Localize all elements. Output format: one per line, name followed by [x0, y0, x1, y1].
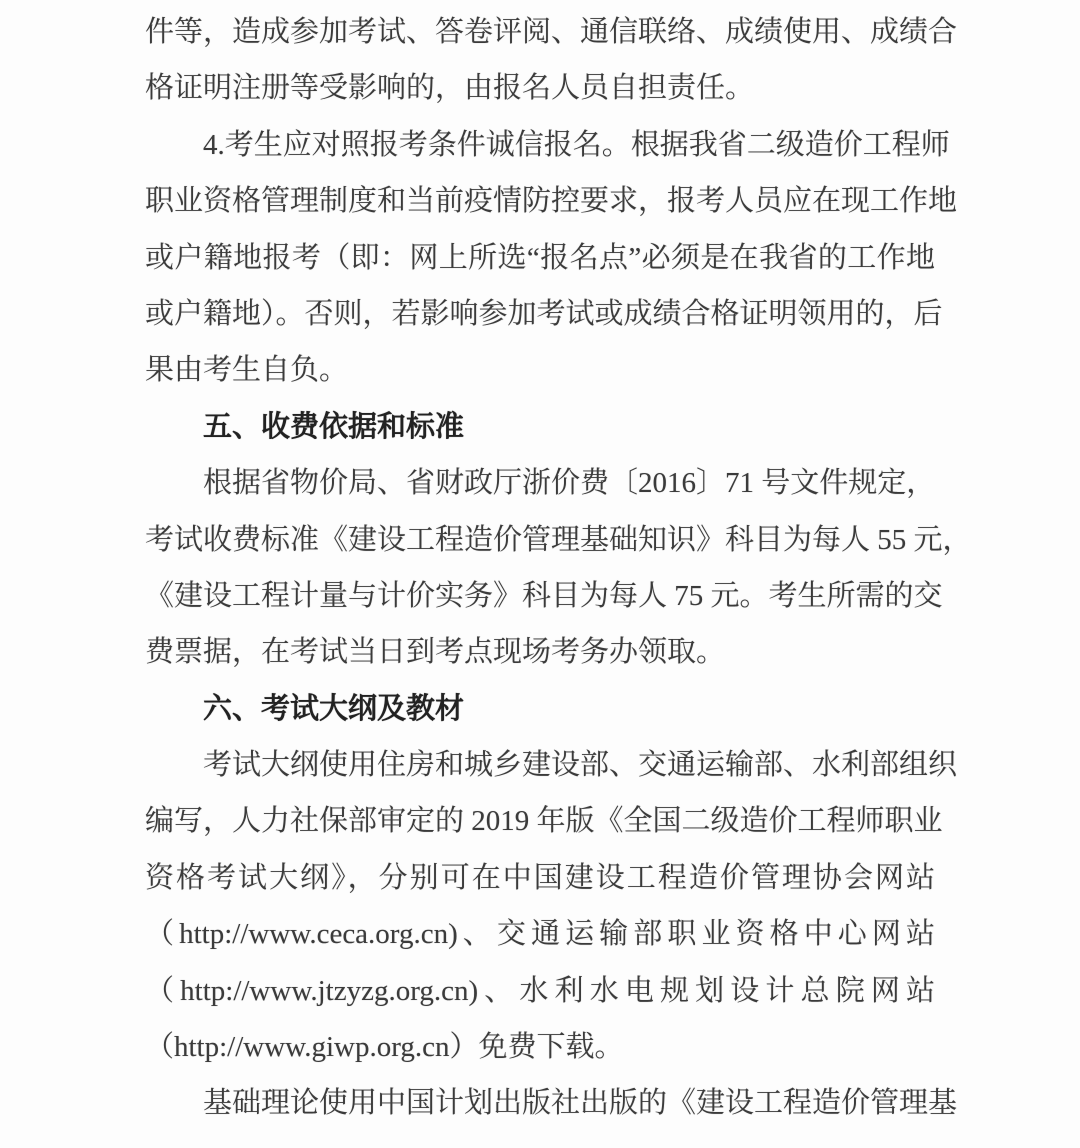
text-line: 基础理论使用中国计划出版社出版的《建设工程造价管理基 — [145, 1075, 935, 1131]
text-line: 考试大纲使用住房和城乡建设部、交通运输部、水利部组织 — [145, 737, 935, 793]
section-heading: 五、收费依据和标准 — [145, 399, 935, 455]
text-line: 果由考生自负。 — [145, 342, 935, 398]
text-line: 4.考生应对照报考条件诚信报名。根据我省二级造价工程师 — [145, 117, 935, 173]
text-line: 件等，造成参加考试、答卷评阅、通信联络、成绩使用、成绩合 — [145, 4, 935, 60]
text-line: 资格考试大纲》，分别可在中国建设工程造价管理协会网站 — [145, 850, 935, 906]
document-page: 件等，造成参加考试、答卷评阅、通信联络、成绩使用、成绩合格证明注册等受影响的，由… — [0, 0, 1080, 1148]
text-line: 或户籍地报考（即：网上所选“报名点”必须是在我省的工作地 — [145, 230, 935, 286]
text-line: 根据省物价局、省财政厅浙价费〔2016〕71 号文件规定， — [145, 455, 935, 511]
text-line: 或户籍地）。否则，若影响参加考试或成绩合格证明领用的，后 — [145, 286, 935, 342]
section-heading: 六、考试大纲及教材 — [145, 681, 935, 737]
text-line: 考试收费标准《建设工程造价管理基础知识》科目为每人 55 元， — [145, 512, 935, 568]
text-line: 格证明注册等受影响的，由报名人员自担责任。 — [145, 60, 935, 116]
text-line: 费票据，在考试当日到考点现场考务办领取。 — [145, 624, 935, 680]
text-line: （http://www.ceca.org.cn)、交通运输部职业资格中心网站 — [145, 906, 935, 962]
text-line: 《建设工程计量与计价实务》科目为每人 75 元。考生所需的交 — [145, 568, 935, 624]
text-line: （http://www.giwp.org.cn）免费下载。 — [145, 1019, 935, 1075]
text-line: （http://www.jtzyzg.org.cn)、水利水电规划设计总院网站 — [145, 963, 935, 1019]
document-body: 件等，造成参加考试、答卷评阅、通信联络、成绩使用、成绩合格证明注册等受影响的，由… — [145, 4, 935, 1132]
text-line: 编写，人力社保部审定的 2019 年版《全国二级造价工程师职业 — [145, 793, 935, 849]
text-line: 职业资格管理制度和当前疫情防控要求，报考人员应在现工作地 — [145, 173, 935, 229]
